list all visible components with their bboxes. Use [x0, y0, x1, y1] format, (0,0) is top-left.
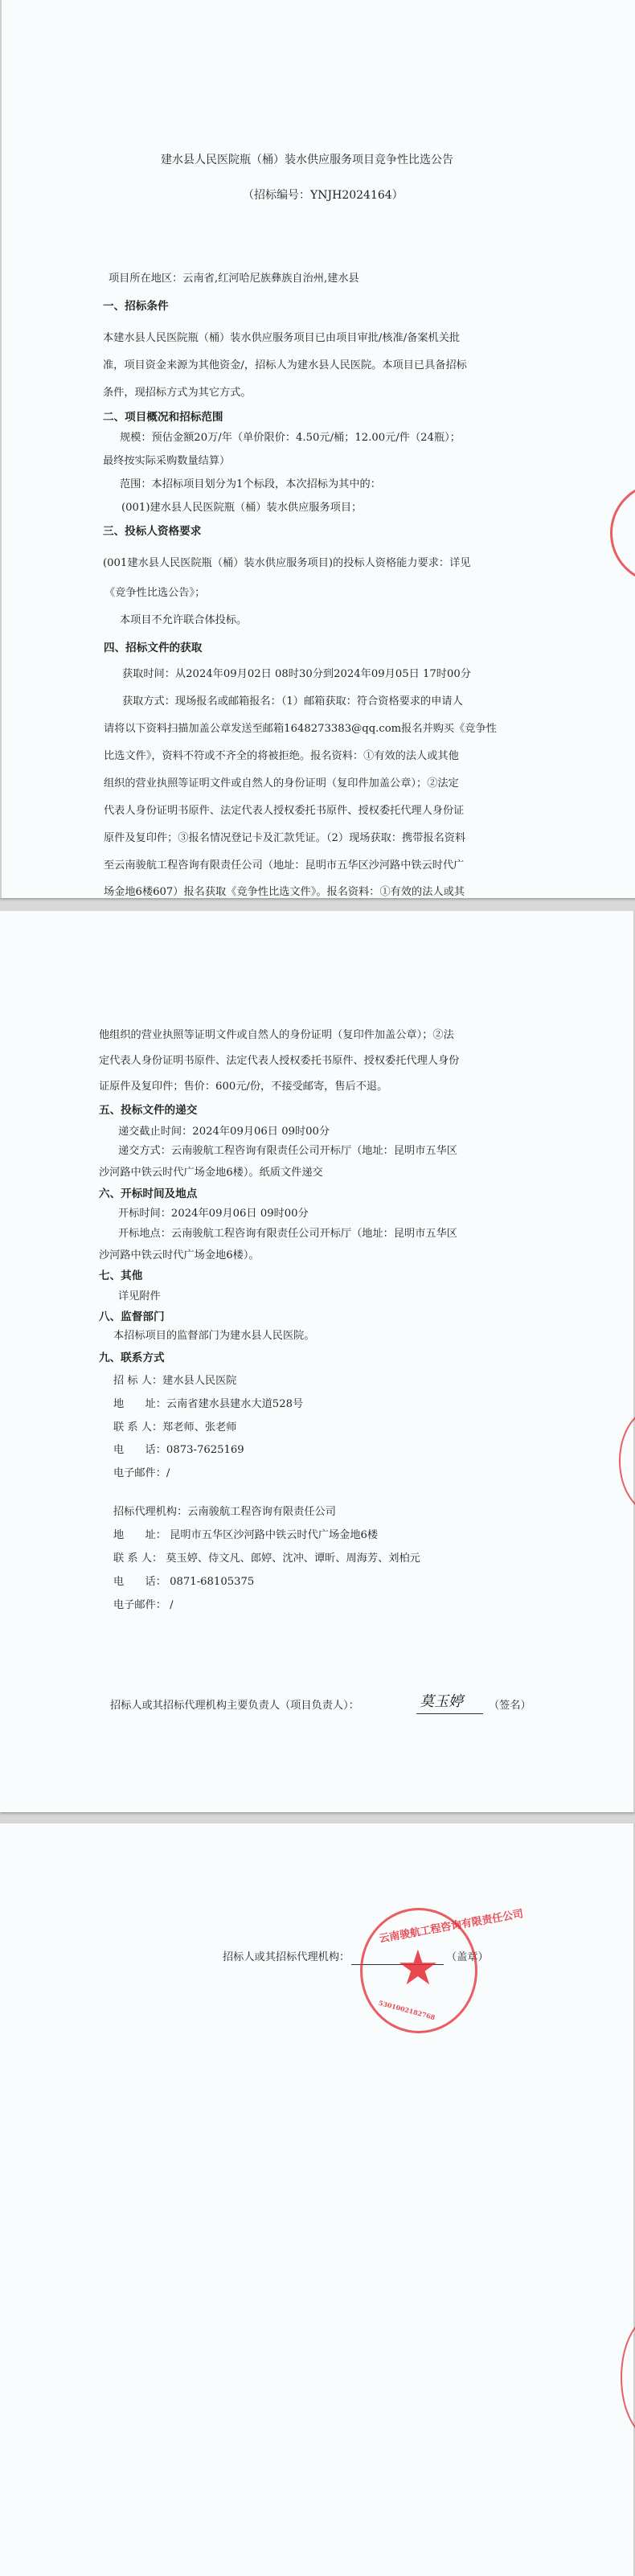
- section-6-line: 沙河路中铁云时代广场金地6楼）。: [99, 1249, 260, 1263]
- section-1-line: 准，项目资金来源为其他资金/，招标人为建水县人民医院。本项目已具备招标: [103, 359, 467, 373]
- section-3-line: 《竞争性比选公告》；: [104, 586, 205, 601]
- project-region: 项目所在地区：云南省,红河哈尼族彝族自治州,建水县: [109, 272, 359, 286]
- section-4-line: 获取方式：现场报名或邮箱报名：（1）邮箱获取：符合资格要求的申请人: [122, 695, 463, 709]
- section-4-line: 原件及复印件；③报名情况登记卡及汇款凭证。（2）现场获取：携带报名资料: [104, 831, 465, 846]
- agency-name: 招标代理机构：云南骏航工程咨询有限责任公司: [113, 1505, 336, 1520]
- tenderer-name: 招 标 人：建水县人民医院: [113, 1374, 236, 1388]
- handwritten-signature: 莫玉婷: [420, 1695, 463, 1709]
- section-2-line: 规模：预估金额20万/年（单价限价：4.50元/桶；12.00元/件（24瓶）；: [120, 431, 461, 445]
- agency-contact: 联 系 人： 莫玉婷、侍文凡、郎婷、沈冲、谭昕、周海芳、刘柏元: [113, 1552, 420, 1566]
- section-3-line: 本项目不允许联合体投标。: [120, 613, 247, 628]
- section-heading-9: 九、联系方式: [99, 1351, 165, 1365]
- seam-stamp-icon: [619, 1407, 635, 1515]
- section-heading-7: 七、其他: [99, 1269, 142, 1283]
- document-page-3: 招标人或其招标代理机构： （盖章） ★ 云南骏航工程咨询有限责任公司 53010…: [0, 1823, 635, 2576]
- section-6-line: 开标地点：云南骏航工程咨询有限责任公司开标厅（地址：昆明市五华区: [118, 1227, 457, 1241]
- document-page-1: 建水县人民医院瓶（桶）装水供应服务项目竞争性比选公告 （招标编号：YNJH202…: [0, 0, 635, 898]
- section-heading-4: 四、招标文件的获取: [104, 641, 202, 655]
- seam-stamp-icon: [621, 2316, 635, 2439]
- agency-address: 地 址： 昆明市五华区沙河路中铁云时代广场金地6楼: [113, 1528, 378, 1543]
- section-4-line: 定代表人身份证明书原件、法定代表人授权委托书原件、授权委托代理人身份: [99, 1054, 459, 1069]
- section-4-line: 比选文件》，资料不符或不齐全的将被拒绝。报名资料：①有效的法人或其他: [104, 749, 459, 764]
- section-4-line: 场金地6楼607）报名获取《竞争性比选文件》。报名资料：①有效的法人或其: [104, 885, 465, 900]
- tenderer-address: 地 址：云南省建水县建水大道528号: [113, 1397, 303, 1412]
- section-heading-1: 一、招标条件: [103, 299, 169, 314]
- seam-stamp-icon: [610, 482, 635, 584]
- tenderer-email: 电子邮件：/: [113, 1466, 170, 1481]
- section-1-line: 本建水县人民医院瓶（桶）装水供应服务项目已由项目审批/核准/备案机关批: [103, 331, 460, 346]
- section-heading-8: 八、监督部门: [99, 1310, 165, 1324]
- tenderer-phone: 电 话：0873-7625169: [113, 1443, 244, 1458]
- section-7-line: 详见附件: [118, 1290, 161, 1304]
- tenderer-contact: 联 系 人：郑老师、张老师: [113, 1421, 236, 1435]
- section-1-line: 条件，现招标方式为其它方式。: [103, 386, 252, 400]
- section-heading-2: 二、项目概况和招标范围: [103, 410, 223, 425]
- section-2-line: (001)建水县人民医院瓶（桶）装水供应服务项目；: [121, 501, 362, 515]
- section-8-line: 本招标项目的监督部门为建水县人民医院。: [113, 1329, 315, 1343]
- seal-label: 招标人或其招标代理机构：: [223, 1950, 350, 1965]
- section-4-line: 请将以下资料扫描加盖公章发送至邮箱1648273383@qq.com报名并购买《…: [104, 722, 497, 736]
- section-4-line: 获取时间：从2024年09月02日 08时30分到2024年09月05日 17时…: [122, 667, 471, 682]
- section-5-line: 沙河路中铁云时代广场金地6楼）。纸质文件递交: [99, 1166, 323, 1180]
- section-4-line: 代表人身份证明书原件、法定代表人授权委托书原件、授权委托代理人身份证: [104, 804, 464, 818]
- section-6-line: 开标时间：2024年09月06日 09时00分: [118, 1207, 309, 1221]
- section-4-line: 至云南骏航工程咨询有限责任公司（地址：昆明市五华区沙河路中铁云时代广: [104, 859, 464, 873]
- section-heading-5: 五、投标文件的递交: [99, 1103, 197, 1118]
- agency-email: 电子邮件： /: [113, 1598, 174, 1613]
- star-icon: ★: [396, 1944, 440, 1992]
- document-page-2: 他组织的营业执照等证明文件或自然人的身份证明（复印件加盖公章）；②法 定代表人身…: [0, 911, 635, 1812]
- signature-suffix: （签名）: [489, 1699, 531, 1713]
- section-4-line: 他组织的营业执照等证明文件或自然人的身份证明（复印件加盖公章）；②法: [99, 1028, 454, 1043]
- signature-line: [416, 1713, 483, 1714]
- tender-number: （招标编号：YNJH2024164）: [243, 188, 404, 203]
- section-2-line: 最终按实际采购数量结算）: [103, 454, 230, 469]
- section-4-line: 证原件及复印件；售价：600元/份，不接受邮寄，售后不退。: [99, 1080, 387, 1094]
- section-3-line: (001建水县人民医院瓶（桶）装水供应服务项目)的投标人资格能力要求：详见: [103, 556, 470, 571]
- section-5-line: 递交截止时间：2024年09月06日 09时00分: [118, 1125, 330, 1139]
- signature-label: 招标人或其招标代理机构主要负责人（项目负责人）：: [110, 1699, 359, 1713]
- document-title: 建水县人民医院瓶（桶）装水供应服务项目竞争性比选公告: [161, 153, 453, 167]
- section-2-line: 范围：本招标项目划分为1个标段，本次招标为其中的：: [120, 478, 381, 492]
- section-heading-3: 三、投标人资格要求: [103, 524, 201, 539]
- section-heading-6: 六、开标时间及地点: [99, 1187, 197, 1201]
- section-5-line: 递交方式：云南骏航工程咨询有限责任公司开标厅（地址：昆明市五华区: [118, 1144, 457, 1159]
- agency-phone: 电 话： 0871-68105375: [113, 1575, 254, 1589]
- section-4-line: 组织的营业执照等证明文件或自然人的身份证明（复印件加盖公章）；②法定: [104, 777, 459, 791]
